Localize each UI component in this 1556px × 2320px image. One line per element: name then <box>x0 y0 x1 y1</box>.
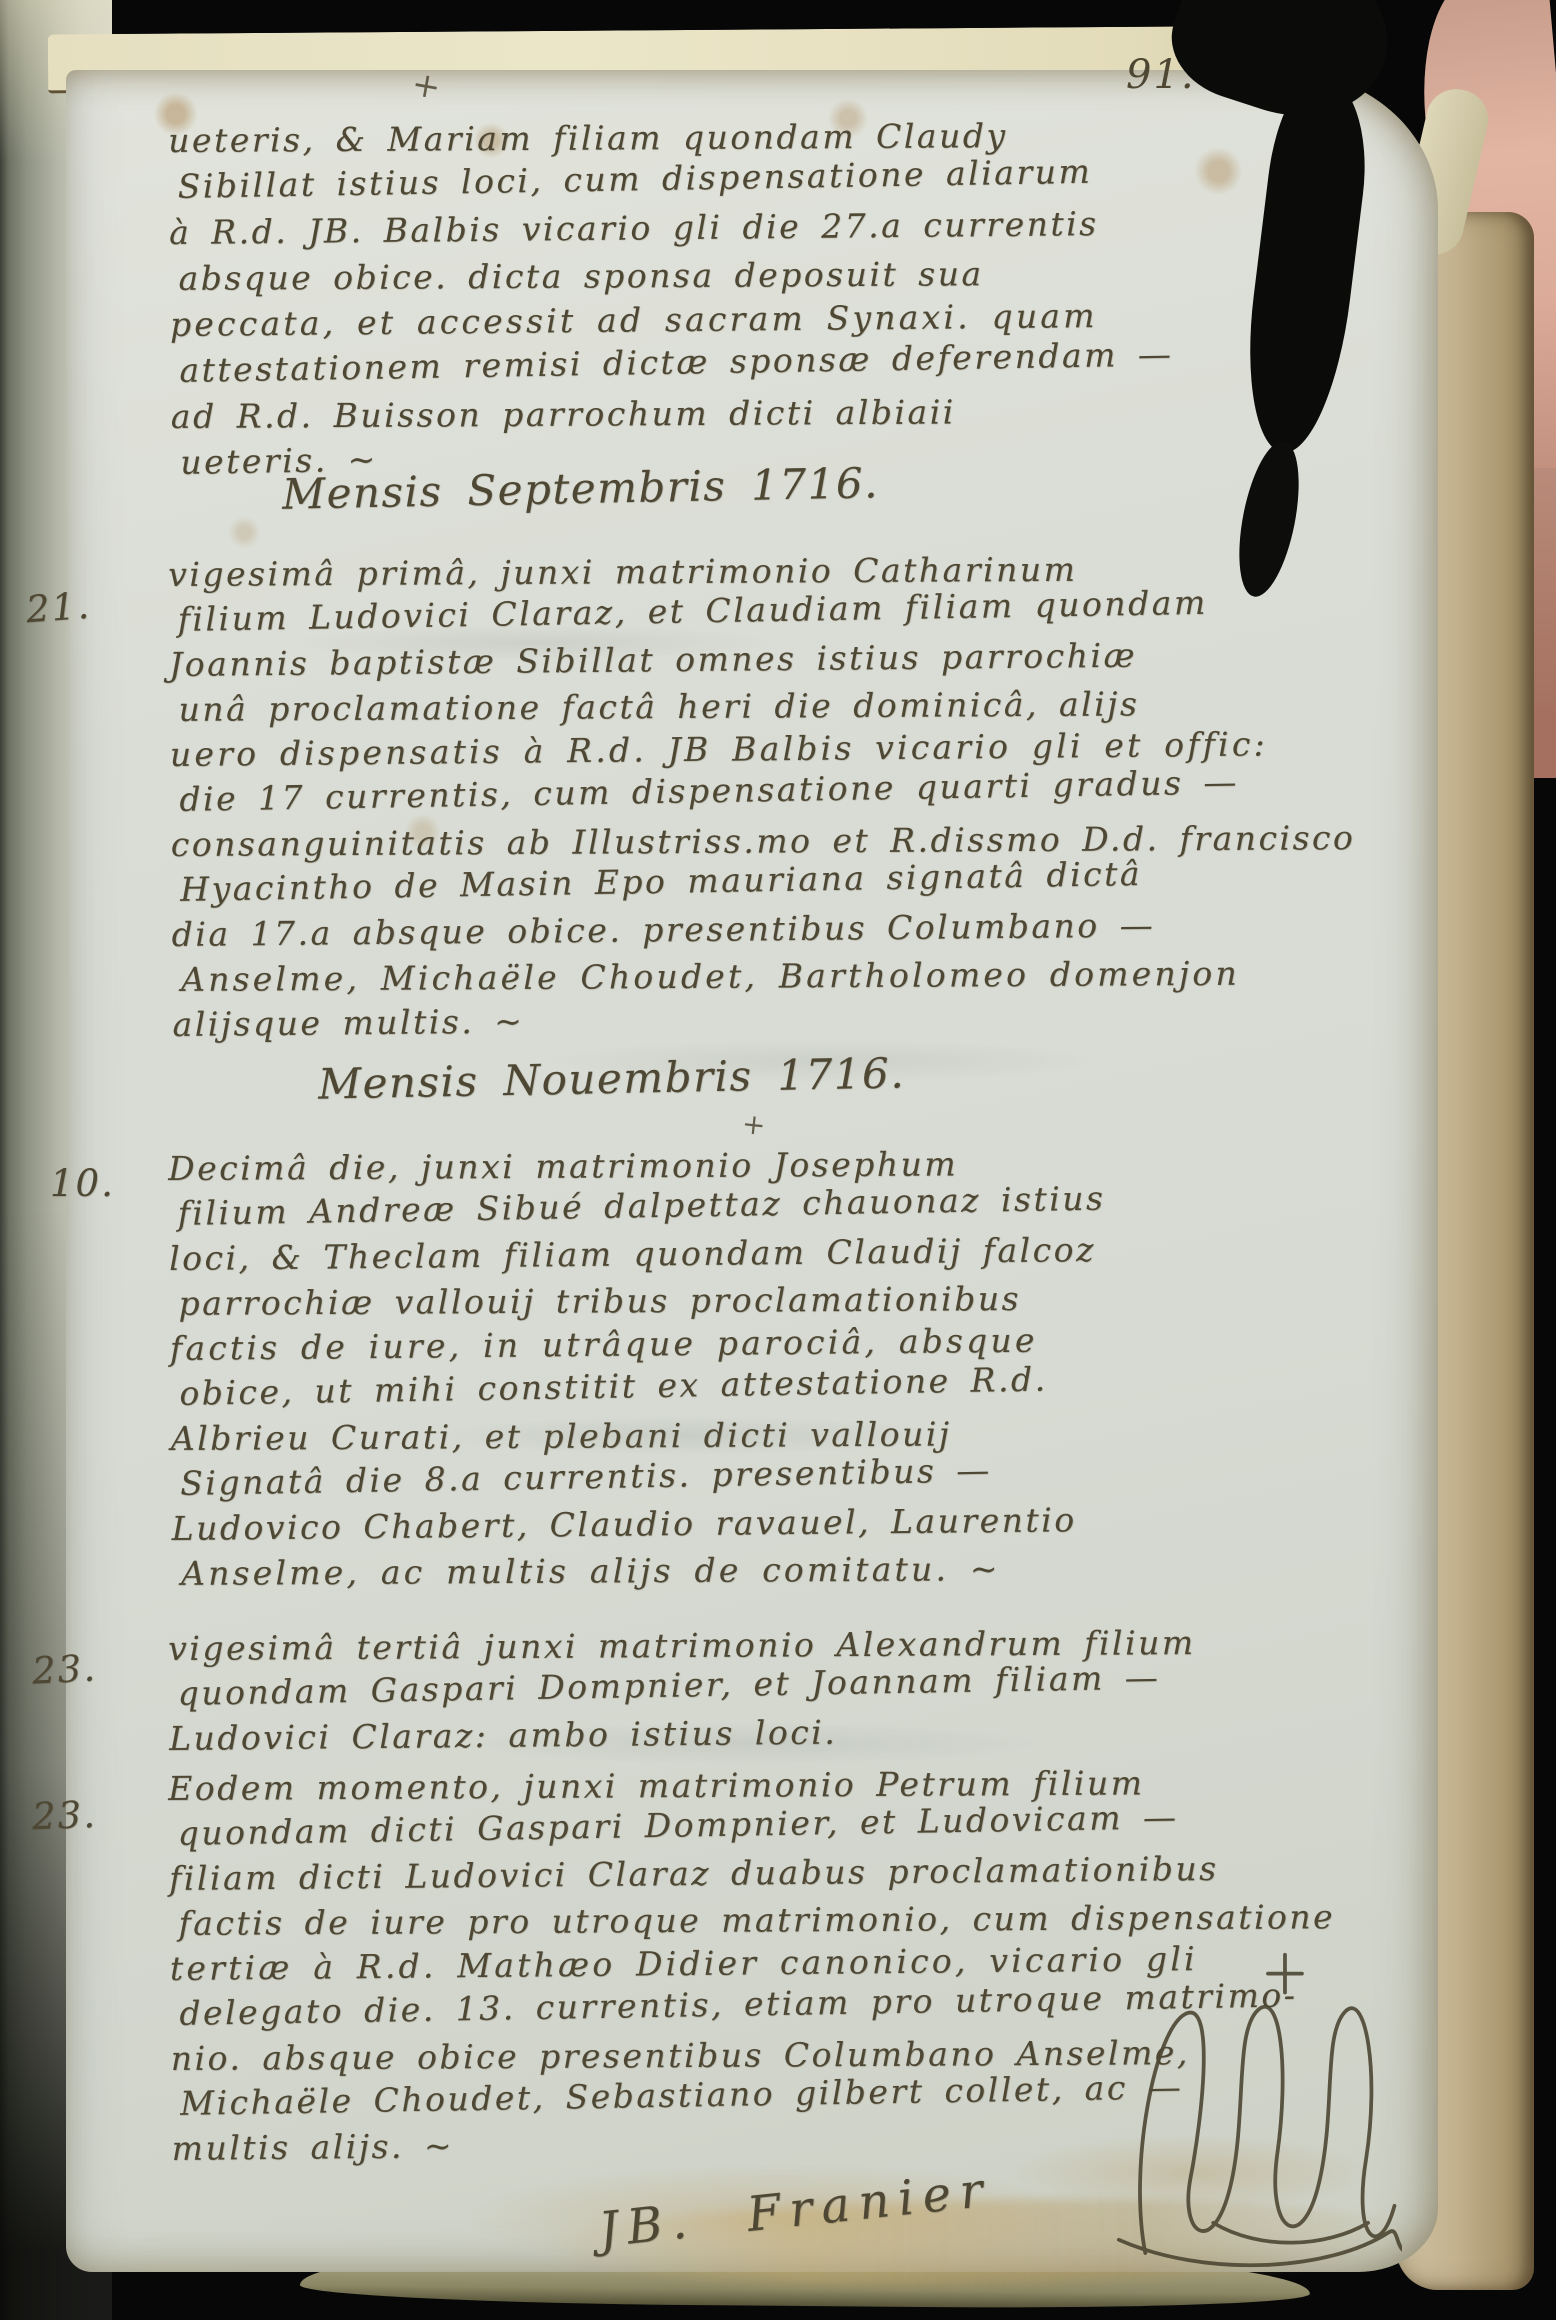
signature-flourish-icon <box>1100 1938 1402 2300</box>
manuscript-line: à R.d. JB. Balbis vicario gli die 27.a c… <box>169 200 1172 256</box>
ink-cross-mark-icon: + <box>740 1107 767 1142</box>
entry-day-number: 10. <box>50 1162 115 1205</box>
manuscript-line: Anselme, Michaële Choudet, Bartholomeo d… <box>181 950 1357 1002</box>
entry-november-23-first: 23. vigesimâ tertiâ junxi matrimonio Ale… <box>168 1626 1195 1761</box>
manuscript-register-photo: 91. + + ueteris, & Mariam filiam quondam… <box>0 0 1556 2320</box>
entry-day-number: 21. <box>25 584 93 631</box>
entry-lines: vigesimâ tertiâ junxi matrimonio Alexand… <box>168 1616 1197 1761</box>
manuscript-line: Ludovico Chabert, Claudio ravauel, Laure… <box>171 1497 1108 1551</box>
priest-signature: JB. Franier <box>596 2162 994 2259</box>
entry-continuation-block: ueteris, & Mariam filiam quondam ClaudyS… <box>168 118 1171 486</box>
manuscript-line: parrochiæ vallouij tribus proclamationib… <box>178 1276 1106 1326</box>
entry-day-number: 23. <box>31 1793 97 1838</box>
manuscript-line: unâ proclamatione factâ heri die dominic… <box>178 680 1354 732</box>
manuscript-line: filiam dicti Ludovici Claraz duabus proc… <box>169 1845 1335 1901</box>
folio-number: 91. <box>1126 52 1196 98</box>
month-heading-september: Mensis Septembris 1716. <box>282 458 880 518</box>
manuscript-line: loci, & Theclam filiam quondam Claudij f… <box>169 1227 1106 1281</box>
entry-lines: ueteris, & Mariam filiam quondam ClaudyS… <box>168 108 1175 486</box>
manuscript-line: absque obice. dicta sponsa deposuit sua <box>178 250 1172 302</box>
manuscript-line: Anselme, ac multis alijs de comitatu. ~ <box>181 1546 1109 1596</box>
manuscript-content: 91. + + ueteris, & Mariam filiam quondam… <box>0 0 1556 2320</box>
signature-name: JB. Franier <box>596 2162 994 2259</box>
month-heading-november: Mensis Nouembris 1716. <box>318 1048 906 1108</box>
entry-lines: Decimâ die, junxi matrimonio Josephumfil… <box>168 1137 1109 1596</box>
entry-november-10: 10. Decimâ die, junxi matrimonio Josephu… <box>168 1146 1105 1596</box>
ink-cross-mark-icon: + <box>409 64 444 108</box>
entry-lines: vigesimâ primâ, junxi matrimonio Cathari… <box>168 541 1357 1047</box>
manuscript-line: Ludovici Claraz: ambo istius loci. <box>169 1706 1197 1761</box>
entry-day-number: 23. <box>31 1646 98 1692</box>
entry-september-21: 21. vigesimâ primâ, junxi matrimonio Cat… <box>168 552 1353 1047</box>
